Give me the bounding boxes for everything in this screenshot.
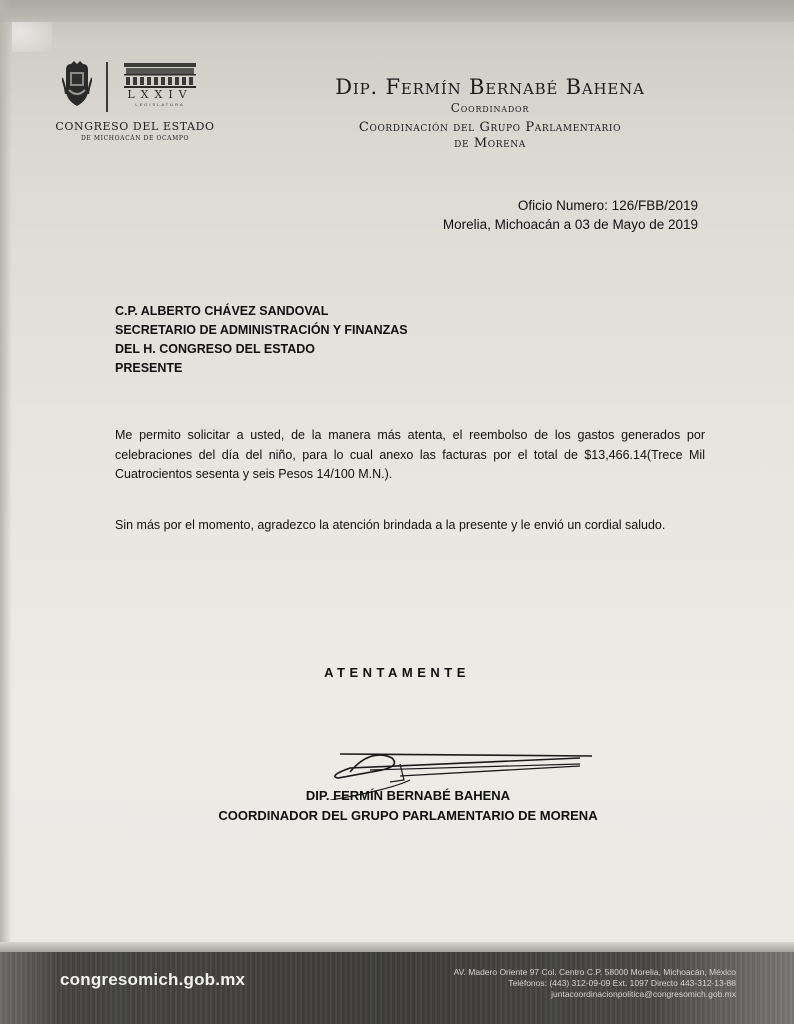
institution-name: CONGRESO DEL ESTADO: [40, 120, 230, 133]
footer-contact-block: AV. Madero Oriente 97 Col. Centro C.P. 5…: [454, 967, 736, 1000]
page-edge-shadow: [0, 0, 794, 22]
addressee-institution: DEL H. CONGRESO DEL ESTADO: [115, 340, 408, 359]
body-paragraph-closing: Sin más por el momento, agradezco la ate…: [115, 516, 705, 536]
footer-phones: Teléfonos: (443) 312-09-09 Ext. 1097 Dir…: [454, 978, 736, 989]
closing-word: ATENTAMENTE: [0, 665, 794, 680]
addressee-name: C.P. ALBERTO CHÁVEZ SANDOVAL: [115, 302, 408, 321]
institution-subtitle: DE MICHOACÁN DE OCAMPO: [40, 135, 230, 142]
sender-role: Coordinador: [290, 100, 690, 116]
footer-address: AV. Madero Oriente 97 Col. Centro C.P. 5…: [454, 967, 736, 978]
state-crest-icon: [62, 60, 92, 108]
addressee-title: SECRETARIO DE ADMINISTRACIÓN Y FINANZAS: [115, 321, 408, 340]
photo-glare: [12, 22, 52, 52]
page-edge-shadow-left: [0, 0, 12, 1024]
letter-page: LXXIV LEGISLATURA CONGRESO DEL ESTADO DE…: [0, 0, 794, 1024]
footer-website-link[interactable]: congresomich.gob.mx: [60, 970, 245, 990]
reference-block: Oficio Numero: 126/FBB/2019 Morelia, Mic…: [443, 196, 698, 234]
oficio-number: Oficio Numero: 126/FBB/2019: [443, 196, 698, 215]
letterhead: Dip. Fermín Bernabé Bahena Coordinador C…: [290, 74, 690, 152]
footer-band: congresomich.gob.mx AV. Madero Oriente 9…: [0, 952, 794, 1024]
congress-building-icon: [124, 62, 196, 88]
place-date: Morelia, Michoacán a 03 de Mayo de 2019: [443, 215, 698, 234]
sender-party: de Morena: [290, 136, 690, 152]
legislature-word: LEGISLATURA: [124, 102, 196, 107]
addressee-block: C.P. ALBERTO CHÁVEZ SANDOVAL SECRETARIO …: [115, 302, 408, 378]
logo-divider: [106, 62, 108, 112]
signer-title: COORDINADOR DEL GRUPO PARLAMENTARIO DE M…: [0, 808, 794, 823]
addressee-presente: PRESENTE: [115, 359, 408, 378]
legislature-numeral: LXXIV: [124, 88, 196, 101]
footer-email-link[interactable]: juntacoordinacionpolitica@congresomich.g…: [454, 989, 736, 1000]
signer-name: DIP. FERMÍN BERNABÉ BAHENA: [0, 788, 794, 803]
sender-name: Dip. Fermín Bernabé Bahena: [290, 74, 690, 100]
sender-group: Coordinación del Grupo Parlamentario: [290, 120, 690, 136]
body-paragraph-request: Me permito solicitar a usted, de la mane…: [115, 426, 705, 485]
